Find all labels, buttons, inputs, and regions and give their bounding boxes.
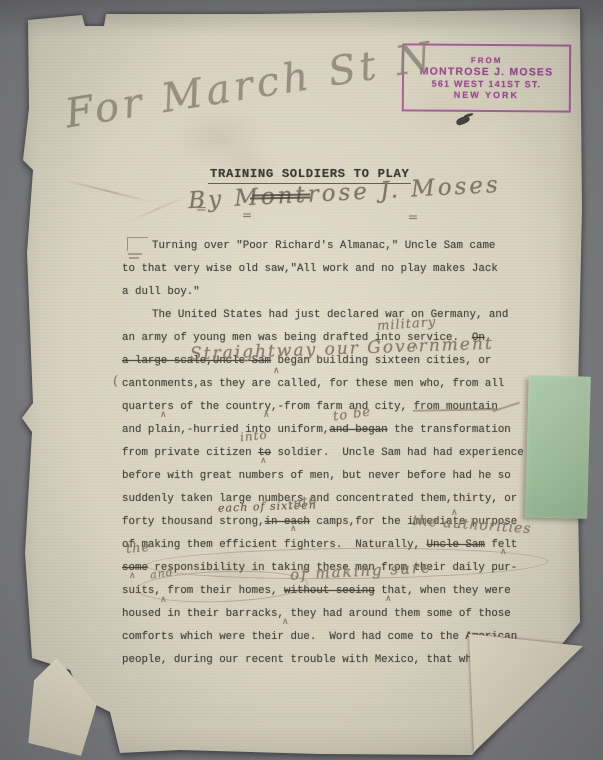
- scanned-manuscript-page: FROM MONTROSE J. MOSES 561 WEST 141ST ST…: [0, 0, 603, 760]
- folded-corner-flap: [0, 0, 603, 760]
- folded-corner-wrap: [0, 0, 603, 760]
